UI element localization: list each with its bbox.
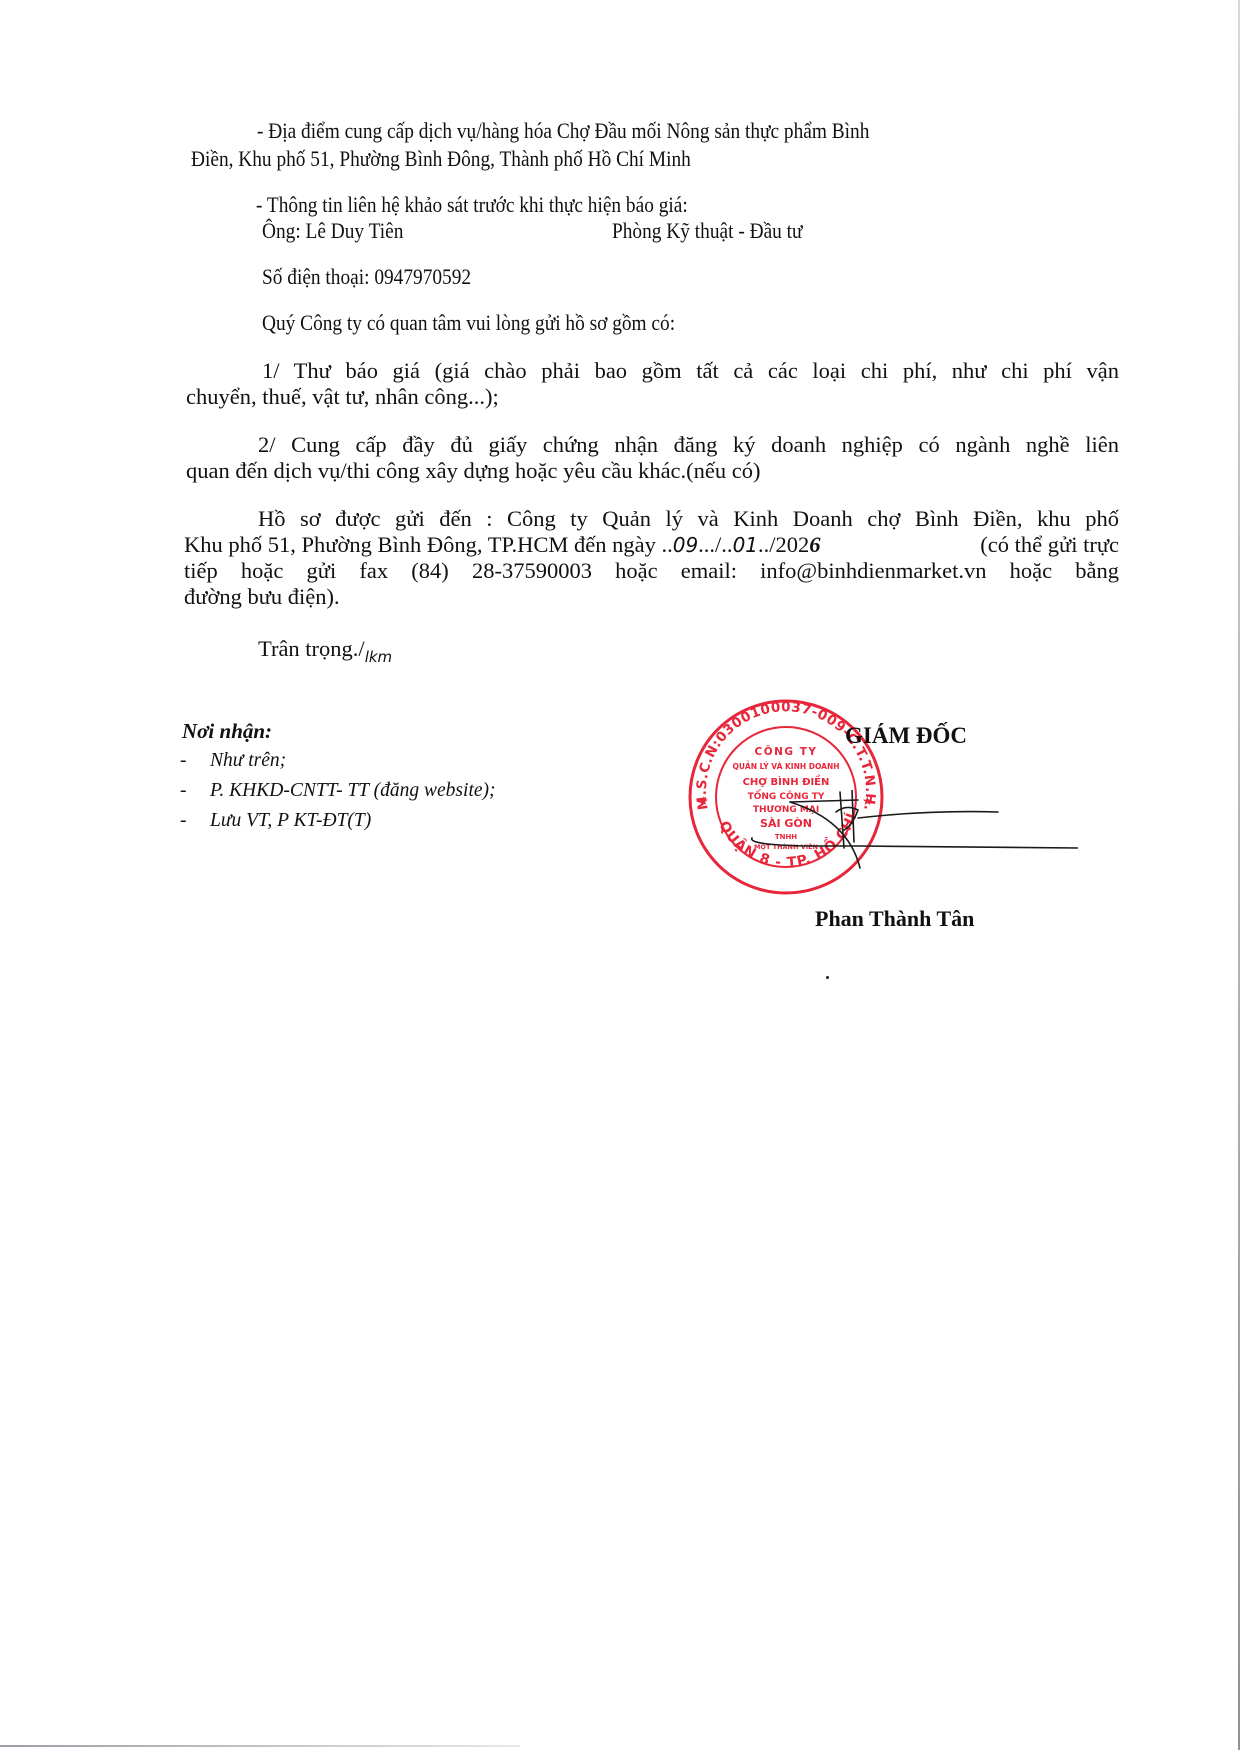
stamp-line: QUẢN LÝ VÀ KINH DOANH — [732, 761, 839, 771]
item-2-line: 2/ Cung cấp đầy đủ giấy chứng nhận đăng … — [258, 432, 1119, 458]
submit-line: tiếp hoặc gửi fax (84) 28-37590003 hoặc … — [184, 558, 1119, 584]
item-2-line: quan đến dịch vụ/thi công xây dựng hoặc … — [186, 458, 761, 484]
deadline-year-last-digit: 6 — [809, 532, 820, 557]
recipient-text: P. KHKD-CNTT- TT (đăng website); — [210, 780, 496, 801]
location-line: Điền, Khu phố 51, Phường Bình Đông, Thàn… — [191, 146, 691, 172]
submit-line-text: Khu phố 51, Phường Bình Đông, TP.HCM đến… — [184, 532, 673, 557]
recipient-item: -Như trên; — [180, 748, 286, 774]
deadline-month: 01 — [733, 533, 758, 557]
deadline-sep: .../.. — [698, 532, 732, 557]
submit-line: Hồ sơ được gửi đến : Công ty Quản lý và … — [258, 506, 1119, 532]
page-edge-shadow — [0, 1745, 520, 1747]
contact-phone: Số điện thoại: 0947970592 — [262, 264, 471, 290]
contact-person: Ông: Lê Duy Tiên — [262, 218, 403, 244]
stamp-line: CÔNG TY — [755, 745, 818, 758]
request-intro: Quý Công ty có quan tâm vui lòng gửi hồ … — [262, 310, 675, 336]
document-page: - Địa điểm cung cấp dịch vụ/hàng hóa Chợ… — [0, 0, 1242, 1755]
deadline-year: ../202 — [758, 532, 809, 557]
scan-speck — [826, 976, 829, 979]
signatory-title: GIÁM ĐỐC — [845, 723, 967, 749]
page-edge-shadow — [1238, 0, 1240, 1750]
stamp-line: CHỢ BÌNH ĐIỀN — [743, 774, 830, 788]
submit-line-suffix: (có thể gửi trực — [980, 532, 1119, 558]
recipient-text: Như trên; — [210, 750, 286, 771]
closing-text: Trân trọng./ — [258, 636, 365, 661]
contact-department: Phòng Kỹ thuật - Đầu tư — [612, 218, 803, 244]
recipient-item: -P. KHKD-CNTT- TT (đăng website); — [180, 778, 496, 804]
submit-line: đường bưu điện). — [184, 584, 340, 610]
location-line: - Địa điểm cung cấp dịch vụ/hàng hóa Chợ… — [257, 118, 869, 144]
item-1-line: 1/ Thư báo giá (giá chào phải bao gồm tấ… — [262, 358, 1119, 384]
recipients-heading: Nơi nhận: — [182, 718, 272, 744]
closing-initials: lkm — [365, 648, 392, 666]
item-1-line: chuyển, thuế, vật tư, nhân công...); — [186, 384, 499, 410]
deadline-day: 09 — [673, 533, 698, 557]
signature — [748, 790, 1078, 880]
recipient-item: -Lưu VT, P KT-ĐT(T) — [180, 808, 371, 834]
stamp-star-icon: ★ — [698, 794, 709, 808]
signatory-name: Phan Thành Tân — [815, 906, 974, 932]
recipient-text: Lưu VT, P KT-ĐT(T) — [210, 810, 371, 831]
submit-line: Khu phố 51, Phường Bình Đông, TP.HCM đến… — [184, 532, 1119, 558]
closing: Trân trọng./lkm — [258, 636, 392, 664]
contact-intro: - Thông tin liên hệ khảo sát trước khi t… — [256, 192, 688, 218]
